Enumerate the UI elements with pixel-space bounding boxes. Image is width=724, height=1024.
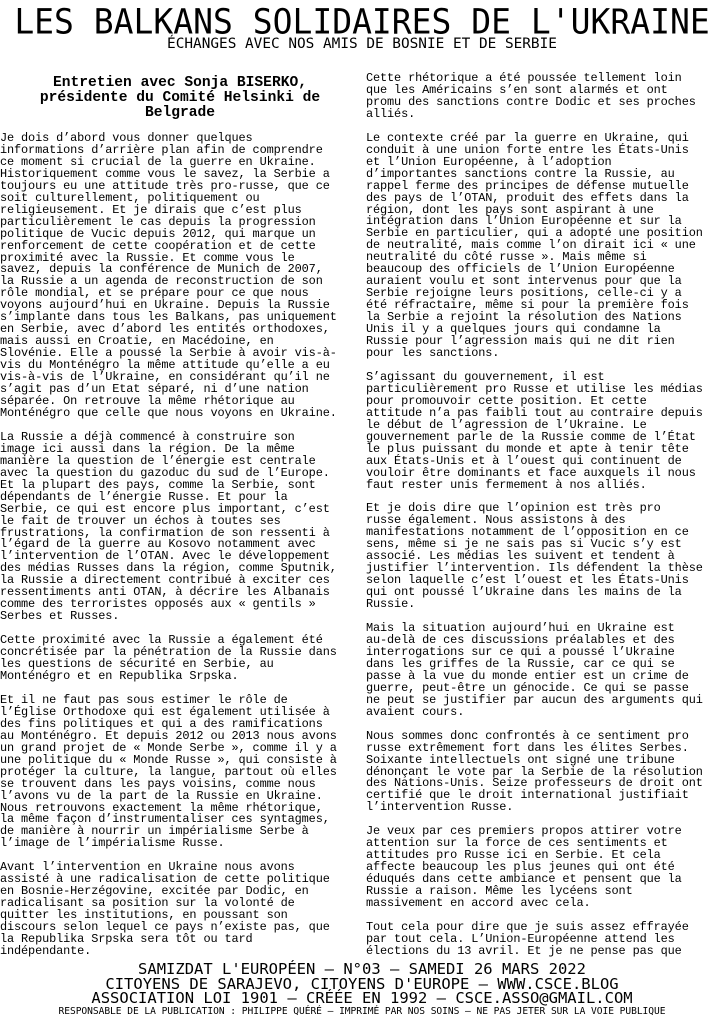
colophon: SAMIZDAT L'EUROPÉEN – N°03 – SAMEDI 26 M… — [0, 962, 724, 1018]
article-paragraph: Et il ne faut pas sous estimer le rôle d… — [0, 695, 360, 850]
article-paragraph: Tout cela pour dire que je suis assez ef… — [366, 922, 724, 958]
article-paragraph: Cette proximité avec la Russie a égaleme… — [0, 635, 360, 683]
article-right-column: Cette rhétorique a été poussée tellement… — [366, 73, 724, 970]
article-heading: Entretien avec Sonja BISERKO, présidente… — [0, 76, 360, 121]
association-contact: ASSOCIATION LOI 1901 – CRÉÉE EN 1992 – C… — [0, 991, 724, 1006]
publication-responsible: RESPONSABLE DE LA PUBLICATION : PHILIPPE… — [0, 1006, 724, 1018]
masthead: LES BALKANS SOLIDAIRES DE L'UKRAINE ÉCHA… — [0, 0, 724, 52]
article-left-column: Entretien avec Sonja BISERKO, présidente… — [0, 76, 360, 970]
article-paragraph: Avant l’intervention en Ukraine nous avo… — [0, 862, 360, 958]
article-paragraph: Nous sommes donc confrontés à ce sentime… — [366, 731, 724, 815]
article-paragraph: Je dois d’abord vous donner quelques inf… — [0, 133, 360, 420]
publication-title: LES BALKANS SOLIDAIRES DE L'UKRAINE — [0, 2, 724, 42]
article-paragraph: S’agissant du gouvernement, il est parti… — [366, 372, 724, 492]
article-paragraph: La Russie a déjà commencé à construire s… — [0, 432, 360, 623]
article-paragraph: Je veux par ces premiers propos attirer … — [366, 826, 724, 910]
article-paragraph: Le contexte créé par la guerre en Ukrain… — [366, 133, 724, 360]
article-paragraph: Mais la situation aujourd’hui en Ukraine… — [366, 623, 724, 719]
article-paragraph: Et je dois dire que l’opinion est très p… — [366, 503, 724, 611]
article-paragraph: Cette rhétorique a été poussée tellement… — [366, 73, 724, 121]
